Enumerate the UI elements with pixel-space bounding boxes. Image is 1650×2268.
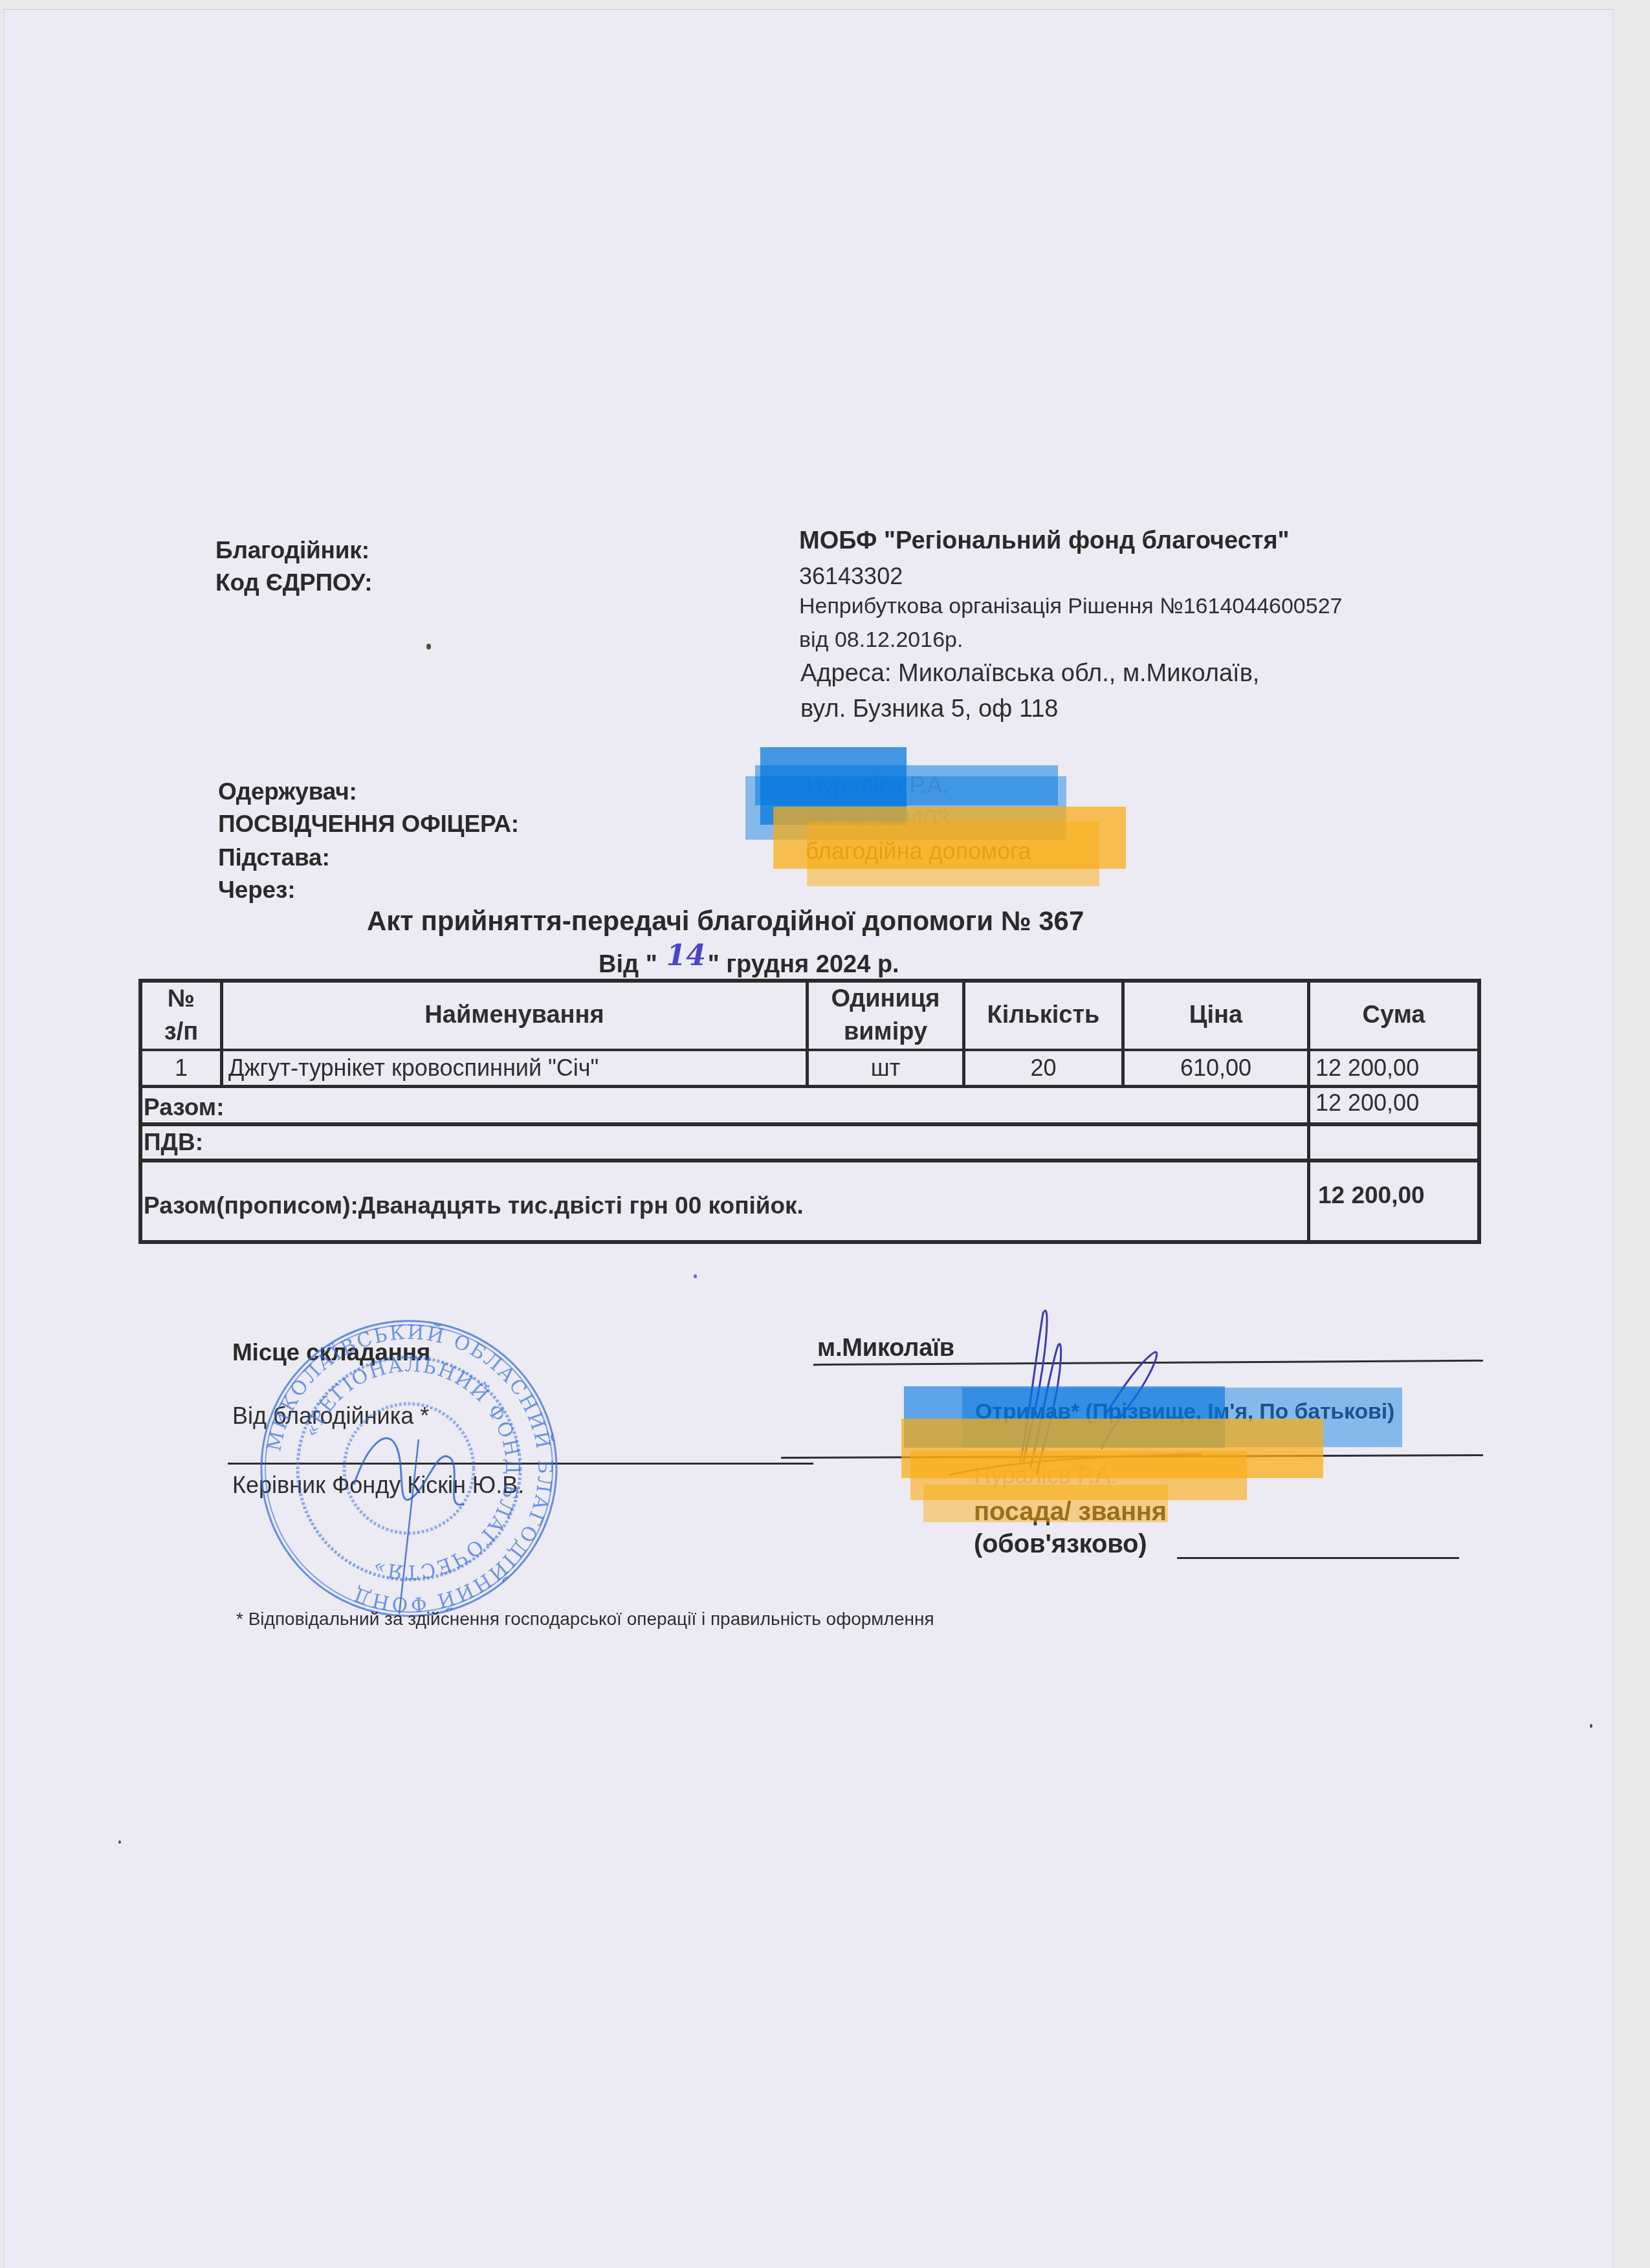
row-qty: 20 [965,1051,1121,1085]
officer-id-label: ПОСВІДЧЕННЯ ОФІЦЕРА: [218,811,519,838]
date-day-handwritten: 14 [666,939,706,972]
header-no-line2: з/п [164,1016,198,1049]
total-label: Разом: [144,1088,1305,1122]
date-suffix: " грудня 2024 р. [708,951,899,978]
donor-address-line1: Адреса: Миколаївська обл., м.Миколаїв, [800,660,1259,688]
amount-in-words-value: 12 200,00 [1310,1162,1477,1239]
header-unit-line2: виміру [844,1016,927,1049]
header-qty: Кількість [965,983,1121,1049]
header-no-line1: № [168,983,195,1016]
via-label: Через: [218,877,295,904]
row-sum: 12 200,00 [1310,1051,1477,1085]
header-no: № з/п [142,983,220,1049]
donor-edrpou: 36143302 [799,563,903,590]
row-unit: шт [809,1051,962,1085]
recipient-label: Одержувач: [218,778,357,805]
header-price: Ціна [1125,983,1307,1049]
basis-label: Підстава: [218,844,330,871]
organization-stamp: МИКОЛАЇВСЬКИЙ ОБЛАСНИЙ БЛАГОДІЙНИЙ ФОНД … [257,1316,561,1620]
vat-label: ПДВ: [144,1126,1305,1159]
donor-decision-date: від 08.12.2016р. [799,627,963,653]
redaction-mark-yellow [923,1485,1168,1522]
footnote: * Відповідальний за здійснення господарс… [236,1609,934,1630]
donor-address-line2: вул. Бузника 5, оф 118 [800,695,1058,723]
act-date: Від "14 " грудня 2024 р. [599,951,899,981]
row-no: 1 [142,1051,220,1085]
paper-speck [118,1840,121,1844]
vat-value [1310,1126,1477,1159]
redaction-mark-yellow [807,822,1099,886]
header-unit-line1: Одиниця [831,983,940,1016]
edrpou-label: Код ЄДРПОУ: [215,569,373,596]
document-page: Благодійник: Код ЄДРПОУ: МОБФ "Регіональ… [4,9,1613,2268]
mandatory-label: (обов'язково) [974,1530,1147,1559]
date-day-field: 14 [657,951,708,981]
header-name: Найменування [223,983,806,1049]
header-unit: Одиниця виміру [809,983,962,1049]
donor-label: Благодійник: [215,537,369,564]
position-line [1177,1557,1459,1559]
paper-speck [1590,1724,1592,1728]
row-name: Джгут-турнікет кровоспинний "Січ" [223,1051,806,1085]
paper-speck [426,644,431,649]
header-sum: Сума [1310,983,1477,1049]
date-prefix: Від " [599,951,657,978]
donor-nonprofit: Неприбуткова організація Рішення №161404… [799,594,1343,619]
paper-speck [694,1274,697,1278]
donor-name: МОБФ "Регіональний фонд благочестя" [799,527,1290,555]
act-title: Акт прийняття-передачі благодійної допом… [367,906,1084,937]
total-value: 12 200,00 [1310,1088,1477,1122]
row-price: 610,00 [1125,1051,1307,1085]
amount-in-words: Разом(прописом):Дванадцять тис.двісті гр… [144,1162,1305,1239]
